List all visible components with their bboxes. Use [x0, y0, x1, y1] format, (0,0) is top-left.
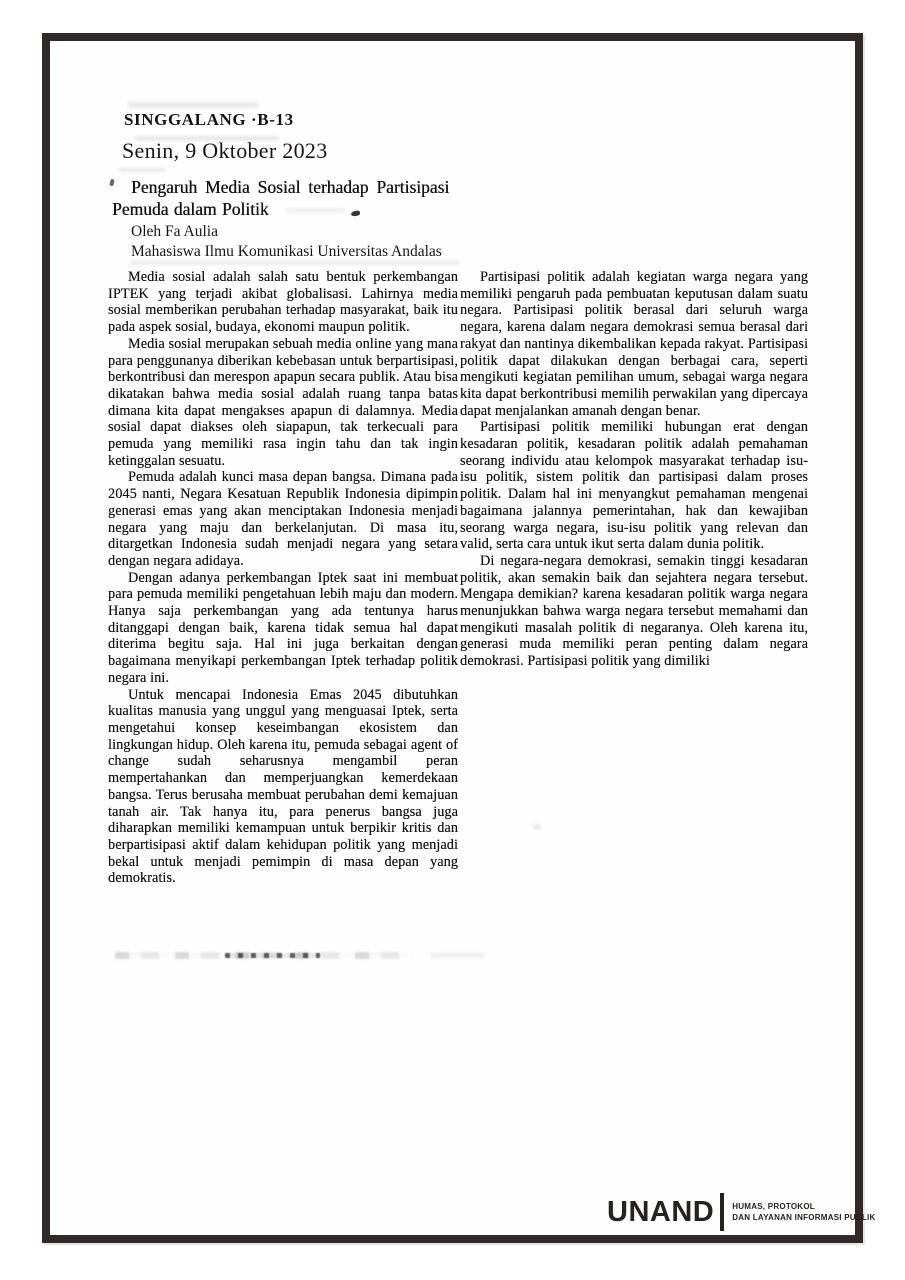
unand-wordmark: UNAND	[607, 1198, 714, 1227]
byline: Oleh Fa Aulia Mahasiswa Ilmu Komunikasi …	[131, 222, 442, 262]
paragraph: Di negara-negara demokrasi, semakin ting…	[460, 553, 808, 670]
paragraph: Media sosial merupakan sebuah media onli…	[108, 336, 458, 470]
paragraph: Media sosial adalah salah satu bentuk pe…	[108, 269, 458, 336]
paragraph: Partisipasi politik memiliki hubungan er…	[460, 419, 808, 553]
unand-logo: UNAND HUMAS, PROTOKOL DAN LAYANAN INFORM…	[607, 1193, 876, 1231]
logo-unit-line1: HUMAS, PROTOKOL	[732, 1202, 815, 1211]
paragraph: Partisipasi politik adalah kegiatan warg…	[460, 269, 808, 419]
logo-unit-line2: DAN LAYANAN INFORMASI PUBLIK	[732, 1213, 875, 1222]
byline-affiliation: Mahasiswa Ilmu Komunikasi Universitas An…	[131, 242, 442, 262]
paragraph: Dengan adanya perkembangan Iptek saat in…	[108, 570, 458, 687]
paragraph: Untuk mencapai Indonesia Emas 2045 dibut…	[108, 687, 458, 887]
body-column-left: Media sosial adalah salah satu bentuk pe…	[108, 269, 458, 887]
logo-unit-text: HUMAS, PROTOKOL DAN LAYANAN INFORMASI PU…	[732, 1201, 875, 1223]
body-column-right: Partisipasi politik adalah kegiatan warg…	[460, 269, 808, 670]
paragraph: Pemuda adalah kunci masa depan bangsa. D…	[108, 469, 458, 569]
scanned-newspaper-clipping: SINGGALANG ·B-13 Senin, 9 Oktober 2023 P…	[0, 0, 905, 1280]
article-title-line2: Pemuda dalam Politik	[112, 198, 466, 220]
dateline: Senin, 9 Oktober 2023	[122, 138, 328, 164]
masthead: SINGGALANG ·B-13	[124, 110, 294, 130]
byline-author: Oleh Fa Aulia	[131, 222, 442, 242]
article-title: Pengaruh Media Sosial terhadap Partisipa…	[112, 176, 466, 220]
article-title-line1: Pengaruh Media Sosial terhadap Partisipa…	[112, 176, 466, 198]
logo-divider-bar	[720, 1193, 724, 1231]
